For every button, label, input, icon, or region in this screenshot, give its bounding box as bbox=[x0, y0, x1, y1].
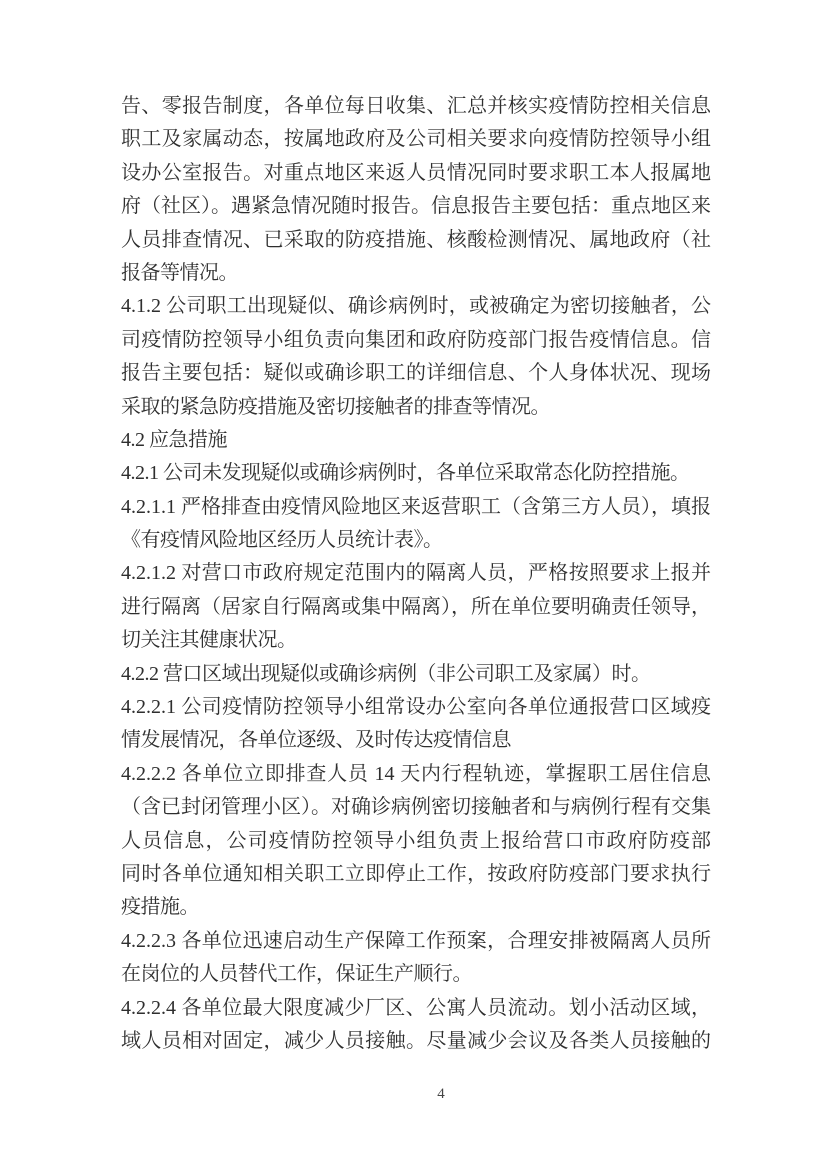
text-line: 4.2.2.4 各单位最大限度减少厂区、公寓人员流动。划小活动区域，区 bbox=[121, 992, 711, 1025]
text-line: 4.1.2 公司职工出现疑似、确诊病例时，或被确定为密切接触者，公 bbox=[121, 290, 711, 323]
text-line: （含已封闭管理小区）。对确诊病例密切接触者和与病例行程有交集的 bbox=[121, 791, 711, 824]
text-line: 人员排查情况、已采取的防疫措施、核酸检测情况、属地政府（社区） bbox=[121, 224, 711, 257]
text-line: 4.2 应急措施 bbox=[121, 424, 711, 457]
text-line: 同时各单位通知相关职工立即停止工作，按政府防疫部门要求执行防 bbox=[121, 858, 711, 891]
text-line: 进行隔离（居家自行隔离或集中隔离），所在单位要明确责任领导，密 bbox=[121, 591, 711, 624]
text-line: 采取的紧急防疫措施及密切接触者的排查等情况。 bbox=[121, 391, 711, 424]
text-line: 4.2.1.2 对营口市政府规定范围内的隔离人员，严格按照要求上报并 bbox=[121, 557, 711, 590]
text-line: 设办公室报告。对重点地区来返人员情况同时要求职工本人报属地政 bbox=[121, 157, 711, 190]
text-line: 在岗位的人员替代工作，保证生产顺行。 bbox=[121, 958, 711, 991]
text-line: 府（社区）。遇紧急情况随时报告。信息报告主要包括：重点地区来返 bbox=[121, 190, 711, 223]
text-line: 4.2.1 公司未发现疑似或确诊病例时，各单位采取常态化防控措施。 bbox=[121, 457, 711, 490]
text-line: 职工及家属动态，按属地政府及公司相关要求向疫情防控领导小组常 bbox=[121, 123, 711, 156]
text-line: 4.2.2.2 各单位立即排查人员 14 天内行程轨迹，掌握职工居住信息 bbox=[121, 758, 711, 791]
text-line: 4.2.1.1 严格排查由疫情风险地区来返营职工（含第三方人员），填报 bbox=[121, 491, 711, 524]
text-line: 4.2.2.1 公司疫情防控领导小组常设办公室向各单位通报营口区域疫 bbox=[121, 691, 711, 724]
text-line: 人员信息，公司疫情防控领导小组负责上报给营口市政府防疫部门。 bbox=[121, 825, 711, 858]
page-footer: 4 bbox=[0, 1085, 826, 1103]
text-block: 告、零报告制度，各单位每日收集、汇总并核实疫情防控相关信息和职工及家属动态，按属… bbox=[121, 90, 711, 1058]
text-line: 《有疫情风险地区经历人员统计表》。 bbox=[121, 524, 711, 557]
text-line: 域人员相对固定，减少人员接触。尽量减少会议及各类人员接触的活 bbox=[121, 1025, 711, 1058]
text-line: 报备等情况。 bbox=[121, 257, 711, 290]
text-line: 4.2.2 营口区域出现疑似或确诊病例（非公司职工及家属）时。 bbox=[121, 658, 711, 691]
text-line: 司疫情防控领导小组负责向集团和政府防疫部门报告疫情信息。信息 bbox=[121, 324, 711, 357]
text-line: 告、零报告制度，各单位每日收集、汇总并核实疫情防控相关信息和 bbox=[121, 90, 711, 123]
text-line: 报告主要包括：疑似或确诊职工的详细信息、个人身体状况、现场已 bbox=[121, 357, 711, 390]
text-line: 情发展情况，各单位逐级、及时传达疫情信息 bbox=[121, 724, 711, 757]
document-page: 告、零报告制度，各单位每日收集、汇总并核实疫情防控相关信息和职工及家属动态，按属… bbox=[0, 0, 826, 1169]
text-line: 切关注其健康状况。 bbox=[121, 624, 711, 657]
page-number: 4 bbox=[437, 1086, 445, 1102]
text-line: 4.2.2.3 各单位迅速启动生产保障工作预案，合理安排被隔离人员所 bbox=[121, 925, 711, 958]
text-line: 疫措施。 bbox=[121, 891, 711, 924]
